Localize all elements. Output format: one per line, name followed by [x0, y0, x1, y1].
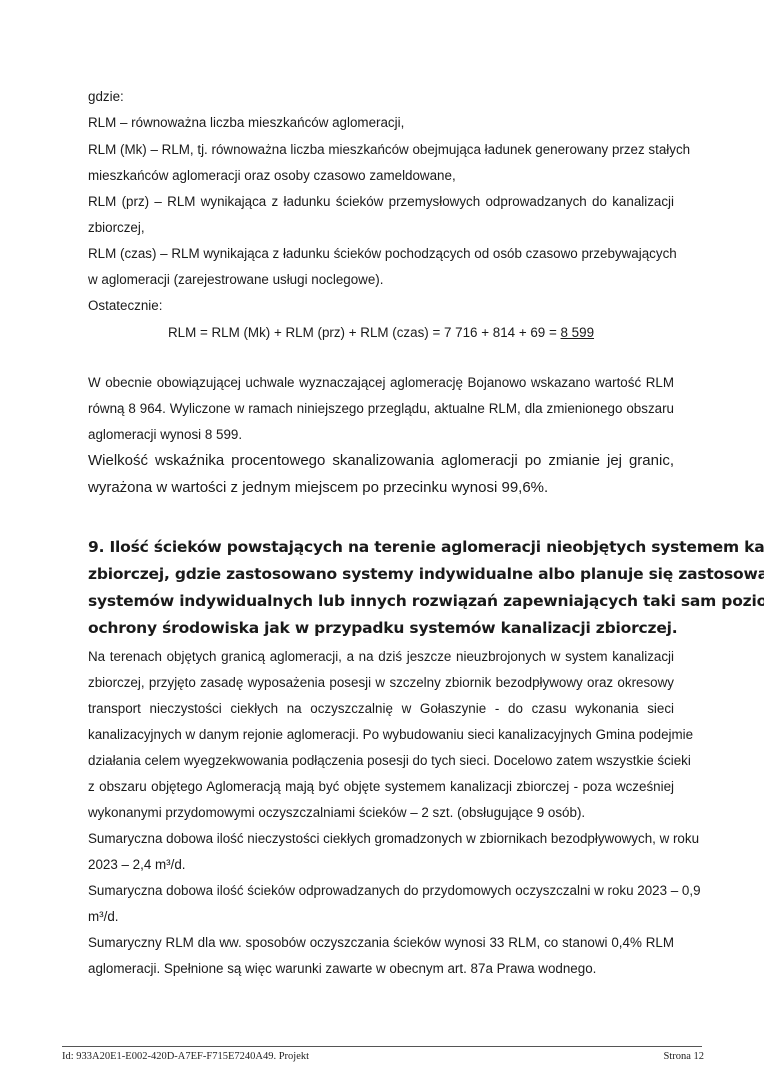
definition-rlm-mk-line1: RLM (Mk) – RLM, tj. równoważna liczba mi… — [88, 140, 674, 160]
rlm-formula: RLM = RLM (Mk) + RLM (prz) + RLM (czas) … — [88, 323, 674, 343]
summary-line1: W obecnie obowiązującej uchwale wyznacza… — [88, 373, 674, 393]
section9-p4-line2: aglomeracji. Spełnione są więc warunki z… — [88, 959, 674, 979]
section9-heading-line4: ochrony środowiska jak w przypadku syste… — [88, 618, 674, 638]
definition-rlm-mk-line2: mieszkańców aglomeracji oraz osoby czaso… — [88, 166, 674, 186]
summary-line4: Wielkość wskaźnika procentowego skanaliz… — [88, 451, 674, 471]
section9-p1-line2: zbiorczej, przyjęto zasadę wyposażenia p… — [88, 673, 674, 693]
summary-line3: aglomeracji wynosi 8 599. — [88, 425, 674, 445]
summary-line2: równą 8 964. Wyliczone w ramach niniejsz… — [88, 399, 674, 419]
section9-heading-line3: systemów indywidualnych lub innych rozwi… — [88, 591, 674, 611]
section9-p1-line6: z obszaru objętego Aglomeracją mają być … — [88, 777, 674, 797]
definition-rlm-czas-line1: RLM (czas) – RLM wynikająca z ładunku śc… — [88, 244, 674, 264]
section9-p4-line1: Sumaryczny RLM dla ww. sposobów oczyszcz… — [88, 933, 674, 953]
section9-p2-line1: Sumaryczna dobowa ilość nieczystości cie… — [88, 829, 674, 849]
formula-result: 8 599 — [561, 325, 595, 340]
definition-rlm: RLM – równoważna liczba mieszkańców aglo… — [88, 113, 674, 133]
formula-expression: RLM = RLM (Mk) + RLM (prz) + RLM (czas) … — [168, 325, 561, 340]
footer-divider — [62, 1046, 702, 1047]
section9-p2-line2: 2023 – 2,4 m³/d. — [88, 855, 674, 875]
section9-heading-line1: 9. Ilość ścieków powstających na terenie… — [88, 537, 674, 557]
footer-document-id: Id: 933A20E1-E002-420D-A7EF-F715E7240A49… — [62, 1051, 309, 1062]
footer-page-number: Strona 12 — [663, 1051, 704, 1062]
section9-p3-line1: Sumaryczna dobowa ilość ścieków odprowad… — [88, 881, 674, 901]
summary-line5: wyrażona w wartości z jednym miejscem po… — [88, 478, 674, 498]
definition-rlm-prz-line1: RLM (prz) – RLM wynikająca z ładunku ści… — [88, 192, 674, 212]
definitions-intro: gdzie: — [88, 87, 674, 107]
section9-p1-line1: Na terenach objętych granicą aglomeracji… — [88, 647, 674, 667]
section9-p1-line5: działania celem wyegzekwowania podłączen… — [88, 751, 674, 771]
section9-p3-line2: m³/d. — [88, 907, 674, 927]
section9-p1-line4: kanalizacyjnych w danym rejonie aglomera… — [88, 725, 674, 745]
section9-heading-line2: zbiorczej, gdzie zastosowano systemy ind… — [88, 564, 674, 584]
section9-p1-line7: wykonanymi przydomowymi oczyszczalniami … — [88, 803, 674, 823]
section9-p1-line3: transport nieczystości ciekłych na oczys… — [88, 699, 674, 719]
definition-rlm-czas-line2: w aglomeracji (zarejestrowane usługi noc… — [88, 270, 674, 290]
definition-rlm-prz-line2: zbiorczej, — [88, 218, 674, 238]
final-label: Ostatecznie: — [88, 296, 674, 316]
